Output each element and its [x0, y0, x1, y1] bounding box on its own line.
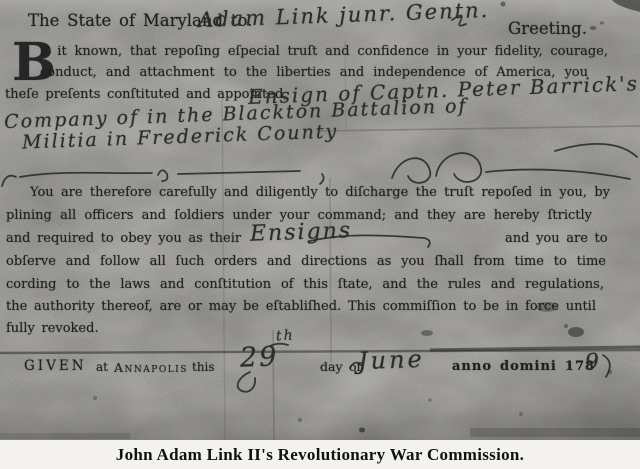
caption-text: John Adam Link II's Revolutionary War Co…	[116, 445, 524, 465]
handwritten-day-suffix: th	[276, 328, 295, 345]
dateline-anno-domini: anno domini 178	[452, 359, 595, 375]
dateline-at: at	[96, 360, 108, 374]
body2-line4: obſerve and follow all ſuch orders and d…	[6, 254, 606, 271]
photograph-of-commission: The State of Maryland to. Adam Link junr…	[0, 0, 640, 469]
dateline-this: this	[192, 360, 215, 374]
caption-strip: John Adam Link II's Revolutionary War Co…	[0, 440, 640, 469]
body2-line6: the authority thereof, are or may be eſt…	[6, 299, 596, 316]
dateline-day-of: day of	[320, 359, 361, 374]
document-photo: The State of Maryland to. Adam Link junr…	[0, 0, 640, 440]
dateline-given: GIVEN	[24, 358, 87, 374]
body1-line1: E it known, that repoſing eſpecial truſt…	[40, 44, 608, 61]
body2-line5: cording to the laws and conſtitution of …	[6, 277, 604, 294]
body2-line1: You are therefore carefully and diligent…	[30, 185, 610, 202]
body1-line3: theſe preſents conſtituted and appointed…	[5, 87, 287, 103]
salutation-printed-right: Greeting.	[508, 19, 587, 39]
handwritten-month: June	[358, 345, 426, 375]
handwritten-year-digit: 9	[585, 350, 602, 376]
body2-line7: fully revoked.	[6, 321, 99, 337]
body2-line3-post: and you are to	[505, 231, 608, 247]
handwritten-rank: Ensigns	[250, 218, 353, 247]
body2-line3-pre: and required to obey you as their	[6, 231, 241, 247]
salutation-handwritten-name: Adam Link junr. Gentn.	[198, 0, 490, 32]
handwritten-day: 29	[239, 341, 278, 373]
dateline-place: Annapolis	[114, 360, 188, 375]
